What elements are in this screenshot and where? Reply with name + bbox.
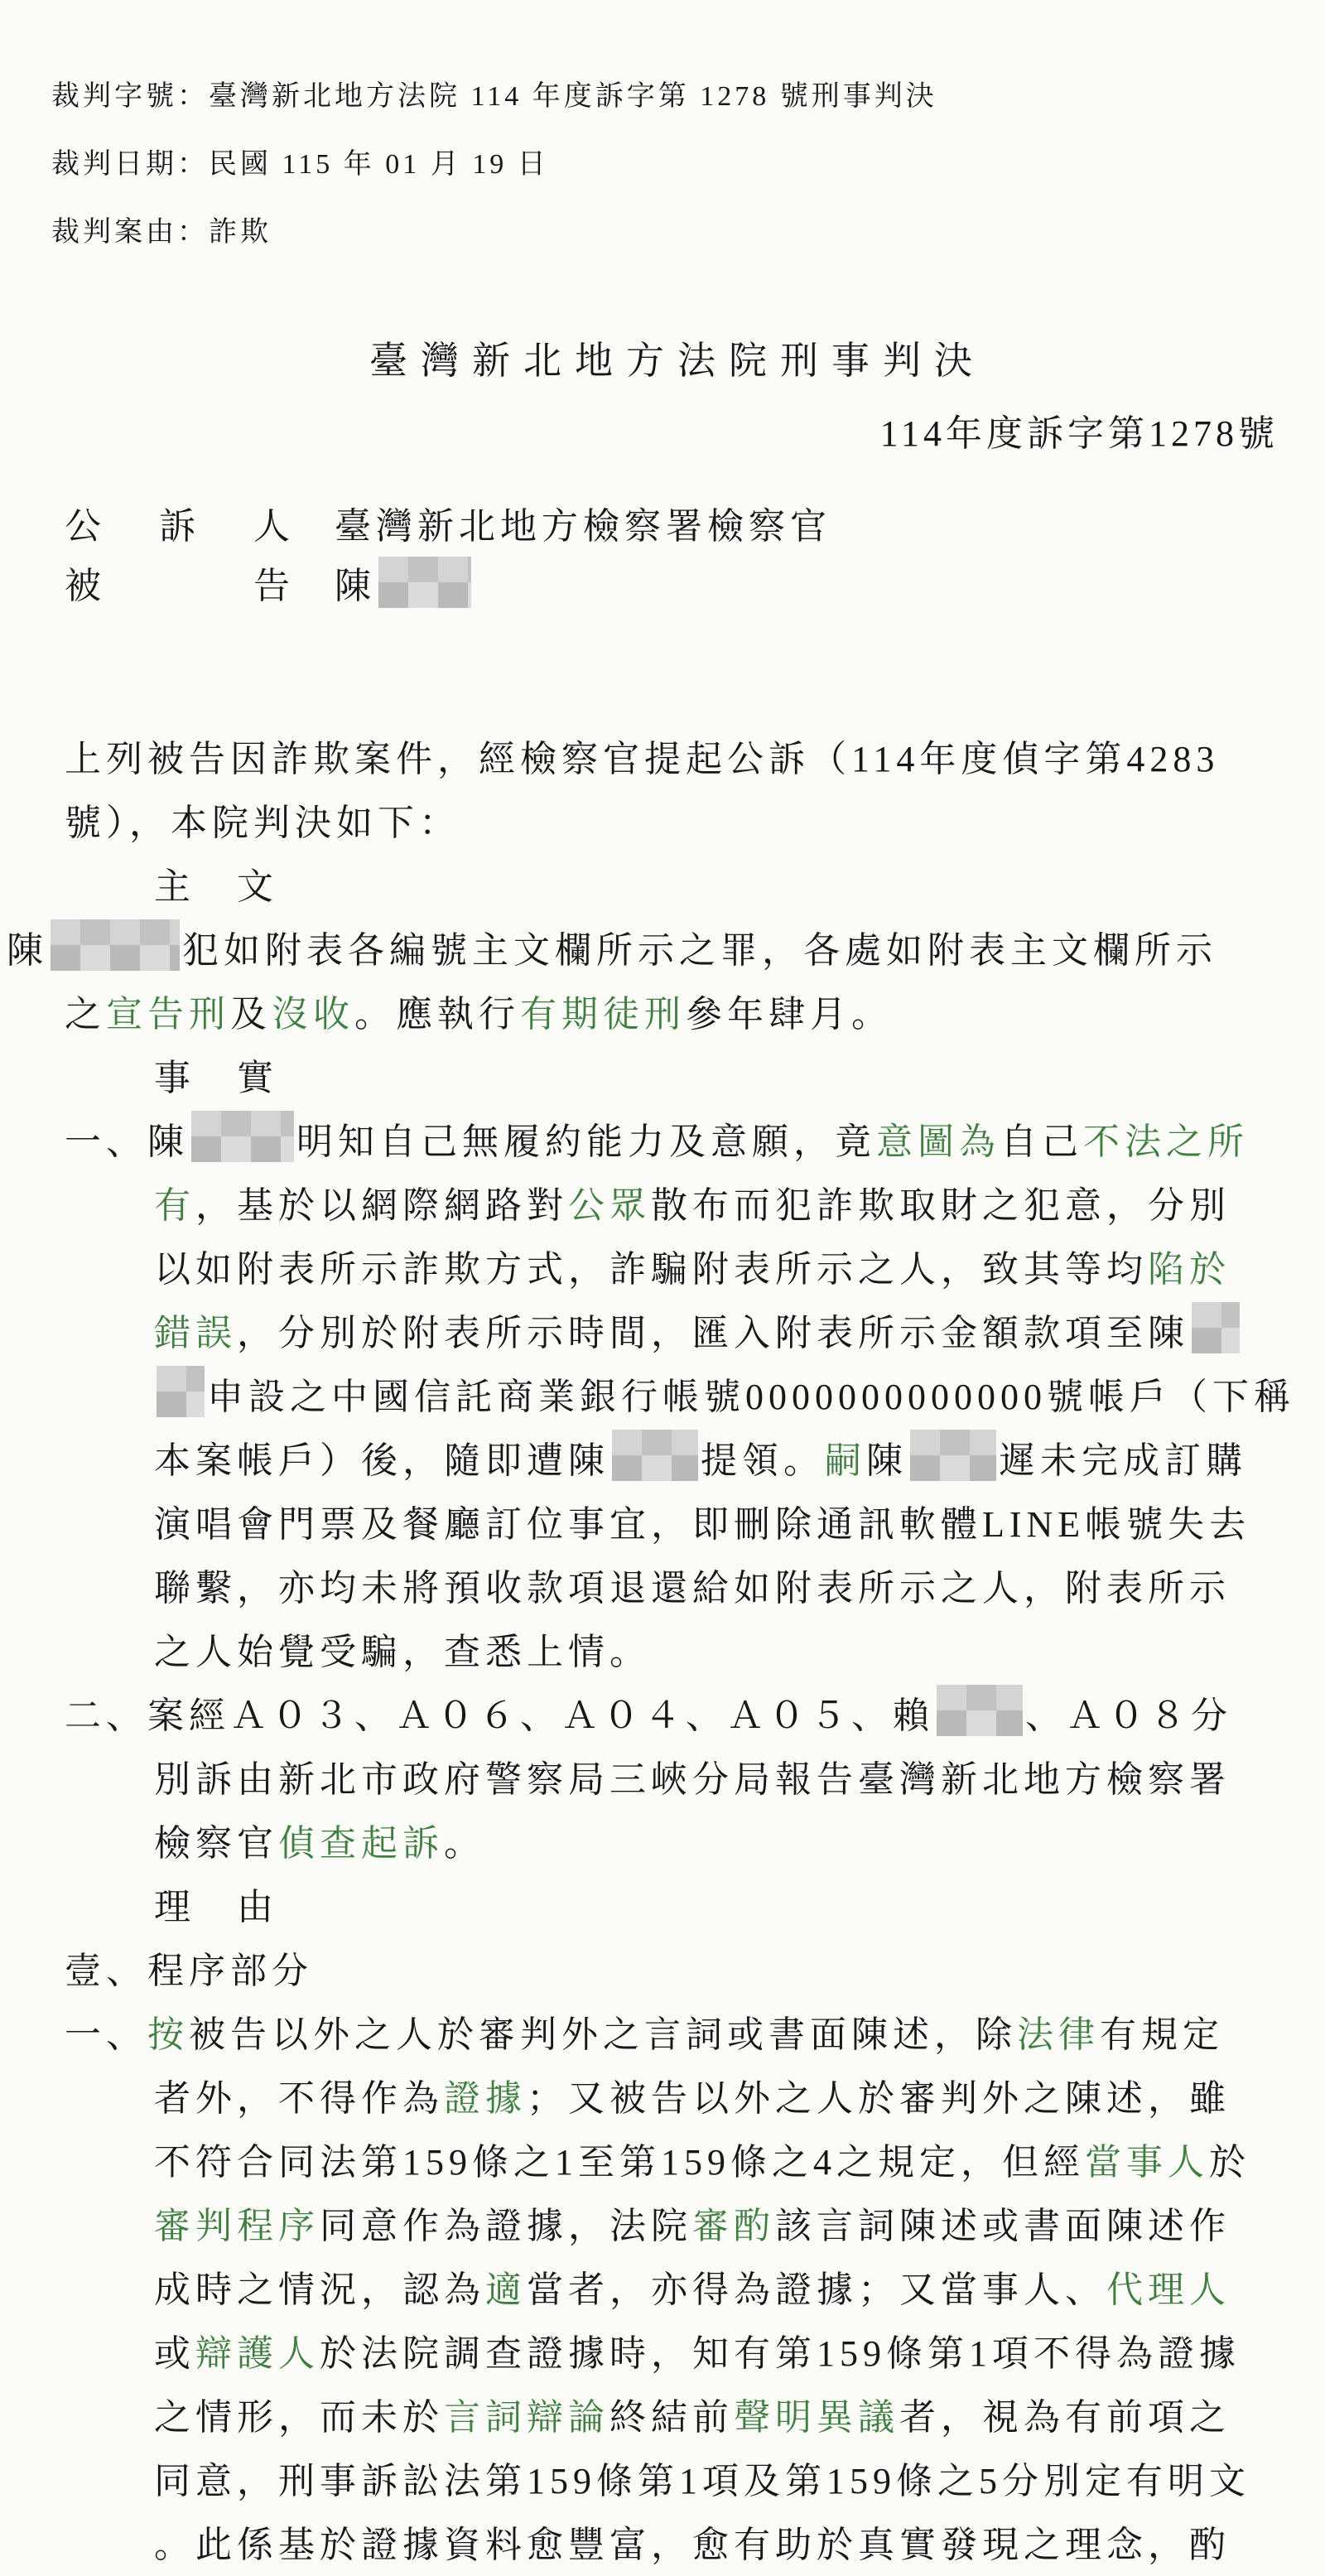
body-text: 者外，不得作為: [154, 2078, 444, 2119]
keyword-text: 當事人: [1085, 2142, 1209, 2183]
body-text: 不符合同法第159條之1至第159條之4之規定，但經: [154, 2142, 1085, 2183]
body-text: 壹、程序部分: [65, 1951, 313, 1991]
body-text: 該言詞陳述或書面陳述作: [775, 2206, 1231, 2246]
body-text: 同意，刑事訴訟法第159條第1項及第159條之5分別定有明文: [154, 2461, 1250, 2501]
keyword-text: 按: [147, 2014, 189, 2055]
doc-line: 審判程序同意作為證據，法院審酌該言詞陳述或書面陳述作: [154, 2194, 1325, 2258]
body-text: 之情形，而未於: [154, 2397, 444, 2438]
body-text: 之: [65, 994, 106, 1035]
doc-line: 上列被告因詐欺案件，經檢察官提起公訴（114年度偵字第4283: [65, 727, 1325, 791]
doc-line: 成時之情況，認為適當者，亦得為證據；又當事人、代理人: [154, 2258, 1325, 2322]
doc-line: 演唱會門票及餐廳訂位事宜，即刪除通訊軟體LINE帳號失去: [154, 1493, 1325, 1556]
judgment-title: 臺灣新北地方法院刑事判決: [0, 338, 1325, 384]
body-text: 之人始覺受騙，查悉上情。: [154, 1632, 651, 1672]
doc-line: 。此係基於證據資料愈豐富，愈有助於真實發現之理念，酌: [154, 2513, 1325, 2576]
body-text: 理 由: [154, 1887, 278, 1927]
keyword-text: 言詞辯論: [444, 2397, 609, 2438]
doc-line: 主 文: [154, 855, 1325, 919]
body-text: 、Ａ０８分: [1025, 1696, 1232, 1736]
keyword-text: 聲明異議: [734, 2397, 899, 2438]
keyword-text: 意圖為: [876, 1122, 1000, 1162]
party-value: 陳: [335, 557, 376, 618]
body-text: 明知自己無履約能力及意願，竟: [296, 1122, 876, 1162]
doc-line: 同意，刑事訴訟法第159條第1項及第159條之5分別定有明文: [154, 2449, 1325, 2513]
redaction-mosaic: [910, 1430, 996, 1481]
body-text: 於法院調查證據時，知有第159條第1項不得為證據: [320, 2333, 1241, 2374]
body-text: 當者，亦得為證據；又當事人、: [527, 2270, 1106, 2310]
redaction-mosaic: [191, 1111, 294, 1162]
body-text: 一、: [65, 2014, 147, 2055]
header-meta-line: 裁判案由：詐欺: [51, 199, 1325, 267]
body-text: 陳: [866, 1440, 908, 1481]
body-text: ；又被告以外之人於審判外之陳述，雖: [527, 2078, 1231, 2119]
keyword-text: 嗣: [825, 1440, 866, 1481]
doc-line: 本案帳戶）後，隨即遭陳提領。嗣陳遲未完成訂購: [154, 1429, 1325, 1493]
body-text: 本案帳戶）後，隨即遭陳: [154, 1440, 609, 1481]
doc-line: 錯誤，分別於附表所示時間，匯入附表所示金額款項至陳: [154, 1301, 1325, 1365]
body-text: 成時之情況，認為: [154, 2270, 485, 2310]
body-text: 遲未完成訂購: [999, 1440, 1247, 1481]
body-text: 一、陳: [65, 1122, 189, 1162]
body-text: 提領。: [701, 1440, 825, 1481]
body-text: 終結前: [609, 2397, 734, 2438]
header-meta-line: 裁判日期：民國 115 年 01 月 19 日: [51, 131, 1325, 199]
body-text: 或: [154, 2333, 195, 2374]
redaction-mosaic: [157, 1366, 205, 1417]
redaction-mosaic: [1192, 1302, 1240, 1353]
keyword-text: 公眾: [568, 1185, 651, 1226]
body-text: 上列被告因詐欺案件，經檢察官提起公訴（114年度偵字第4283: [65, 739, 1219, 779]
body-text: 以如附表所示詐欺方式，詐騙附表所示之人，致其等均: [154, 1249, 1148, 1290]
doc-line: 之人始覺受騙，查悉上情。: [154, 1620, 1325, 1684]
judgment-document: 裁判字號：臺灣新北地方法院 114 年度訴字第 1278 號刑事判決裁判日期：民…: [0, 0, 1325, 2576]
party-label: 公訴人: [65, 497, 290, 557]
doc-line: 一、按被告以外之人於審判外之言詞或書面陳述，除法律有規定: [65, 2003, 1325, 2067]
judgment-body: 上列被告因詐欺案件，經檢察官提起公訴（114年度偵字第4283號），本院判決如下…: [0, 727, 1325, 2576]
doc-line: 二、案經Ａ０３、Ａ０６、Ａ０４、Ａ０５、賴、Ａ０８分: [65, 1684, 1325, 1748]
keyword-text: 陷於: [1148, 1249, 1231, 1290]
body-text: 陳: [7, 930, 48, 971]
doc-line: 壹、程序部分: [65, 1939, 1325, 2003]
docket-number: 114年度訴字第1278號: [0, 412, 1325, 456]
doc-line: 者外，不得作為證據；又被告以外之人於審判外之陳述，雖: [154, 2067, 1325, 2130]
judgment-meta-header: 裁判字號：臺灣新北地方法院 114 年度訴字第 1278 號刑事判決裁判日期：民…: [0, 0, 1325, 267]
doc-line: 聯繫，亦均未將預收款項退還給如附表所示之人，附表所示: [154, 1556, 1325, 1620]
body-text: 。應執行: [354, 994, 520, 1035]
keyword-text: 適: [485, 2270, 527, 2310]
keyword-text: 宣告刑: [106, 994, 230, 1035]
body-text: 申設之中國信託商業銀行帳號0000000000000號帳戶（下稱: [207, 1377, 1295, 1417]
party-value: 臺灣新北地方檢察署檢察官: [335, 497, 831, 557]
body-text: 二、案經Ａ０３、Ａ０６、Ａ０４、Ａ０５、賴: [65, 1696, 934, 1736]
keyword-text: 有期徒刑: [520, 994, 686, 1035]
body-text: 散布而犯詐欺取財之犯意，分別: [651, 1185, 1231, 1226]
doc-line: 事 實: [154, 1046, 1325, 1110]
body-text: 參年肆月。: [686, 994, 893, 1035]
keyword-text: 有: [154, 1185, 195, 1226]
keyword-text: 代理人: [1106, 2270, 1231, 2310]
body-text: 有規定: [1100, 2014, 1224, 2055]
doc-line: 別訴由新北市政府警察局三峽分局報告臺灣新北地方檢察署: [154, 1748, 1325, 1811]
body-text: 及: [230, 994, 272, 1035]
doc-line: 之情形，而未於言詞辯論終結前聲明異議者，視為有前項之: [154, 2385, 1325, 2449]
doc-line: 或辯護人於法院調查證據時，知有第159條第1項不得為證據: [154, 2322, 1325, 2385]
body-text: 同意作為證據，法院: [320, 2206, 692, 2246]
keyword-text: 不法之所: [1083, 1122, 1249, 1162]
body-text: 演唱會門票及餐廳訂位事宜，即刪除通訊軟體LINE帳號失去: [154, 1504, 1250, 1545]
doc-line: 申設之中國信託商業銀行帳號0000000000000號帳戶（下稱: [154, 1365, 1325, 1429]
body-text: 。: [444, 1823, 485, 1864]
body-text: ，基於以網際網路對: [195, 1185, 568, 1226]
body-text: 被告以外之人於審判外之言詞或書面陳述，除: [189, 2014, 1017, 2055]
body-text: 聯繫，亦均未將預收款項退還給如附表所示之人，附表所示: [154, 1568, 1231, 1609]
keyword-text: 審酌: [692, 2206, 775, 2246]
doc-line: 號），本院判決如下：: [65, 791, 1325, 855]
body-text: ，分別於附表所示時間，匯入附表所示金額款項至陳: [237, 1313, 1189, 1353]
doc-line: 一、陳明知自己無履約能力及意願，竟意圖為自己不法之所: [65, 1110, 1325, 1174]
redaction-mosaic: [51, 919, 180, 971]
body-text: 主 文: [154, 866, 278, 907]
body-text: 號），本院判決如下：: [65, 803, 460, 843]
body-text: 犯如附表各編號主文欄所示之罪，各處如附表主文欄所示: [182, 930, 1217, 971]
party-row: 公訴人臺灣新北地方檢察署檢察官: [65, 497, 1325, 557]
redaction-mosaic: [612, 1430, 698, 1481]
keyword-text: 沒收: [272, 994, 354, 1035]
body-text: 自己: [1000, 1122, 1083, 1162]
doc-line: 以如附表所示詐欺方式，詐騙附表所示之人，致其等均陷於: [154, 1237, 1325, 1301]
body-text: 。此係基於證據資料愈豐富，愈有助於真實發現之理念，酌: [154, 2525, 1231, 2565]
body-text: 檢察官: [154, 1823, 278, 1864]
doc-line: 檢察官偵查起訴。: [154, 1811, 1325, 1875]
body-text: 事 實: [154, 1058, 278, 1098]
party-row: 被告陳: [65, 557, 1325, 618]
keyword-text: 證據: [444, 2078, 527, 2119]
doc-line: 有，基於以網際網路對公眾散布而犯詐欺取財之犯意，分別: [154, 1174, 1325, 1237]
doc-line: 不符合同法第159條之1至第159條之4之規定，但經當事人於: [154, 2130, 1325, 2194]
redaction-mosaic: [937, 1685, 1023, 1736]
body-text: 者，視為有前項之: [899, 2397, 1231, 2438]
keyword-text: 錯誤: [154, 1313, 237, 1353]
doc-line: 之宣告刑及沒收。應執行有期徒刑參年肆月。: [65, 982, 1325, 1046]
keyword-text: 法律: [1017, 2014, 1100, 2055]
party-label: 被告: [65, 557, 290, 618]
body-text: 於: [1209, 2142, 1250, 2183]
party-list: 公訴人臺灣新北地方檢察署檢察官被告陳: [0, 497, 1325, 618]
header-meta-line: 裁判字號：臺灣新北地方法院 114 年度訴字第 1278 號刑事判決: [51, 63, 1325, 131]
doc-line: 陳犯如附表各編號主文欄所示之罪，各處如附表主文欄所示: [7, 919, 1325, 982]
body-text: 別訴由新北市政府警察局三峽分局報告臺灣新北地方檢察署: [154, 1759, 1231, 1800]
doc-line: 理 由: [154, 1875, 1325, 1939]
keyword-text: 審判程序: [154, 2206, 320, 2246]
keyword-text: 偵查起訴: [278, 1823, 444, 1864]
keyword-text: 辯護人: [195, 2333, 320, 2374]
redaction-mosaic: [378, 557, 471, 618]
